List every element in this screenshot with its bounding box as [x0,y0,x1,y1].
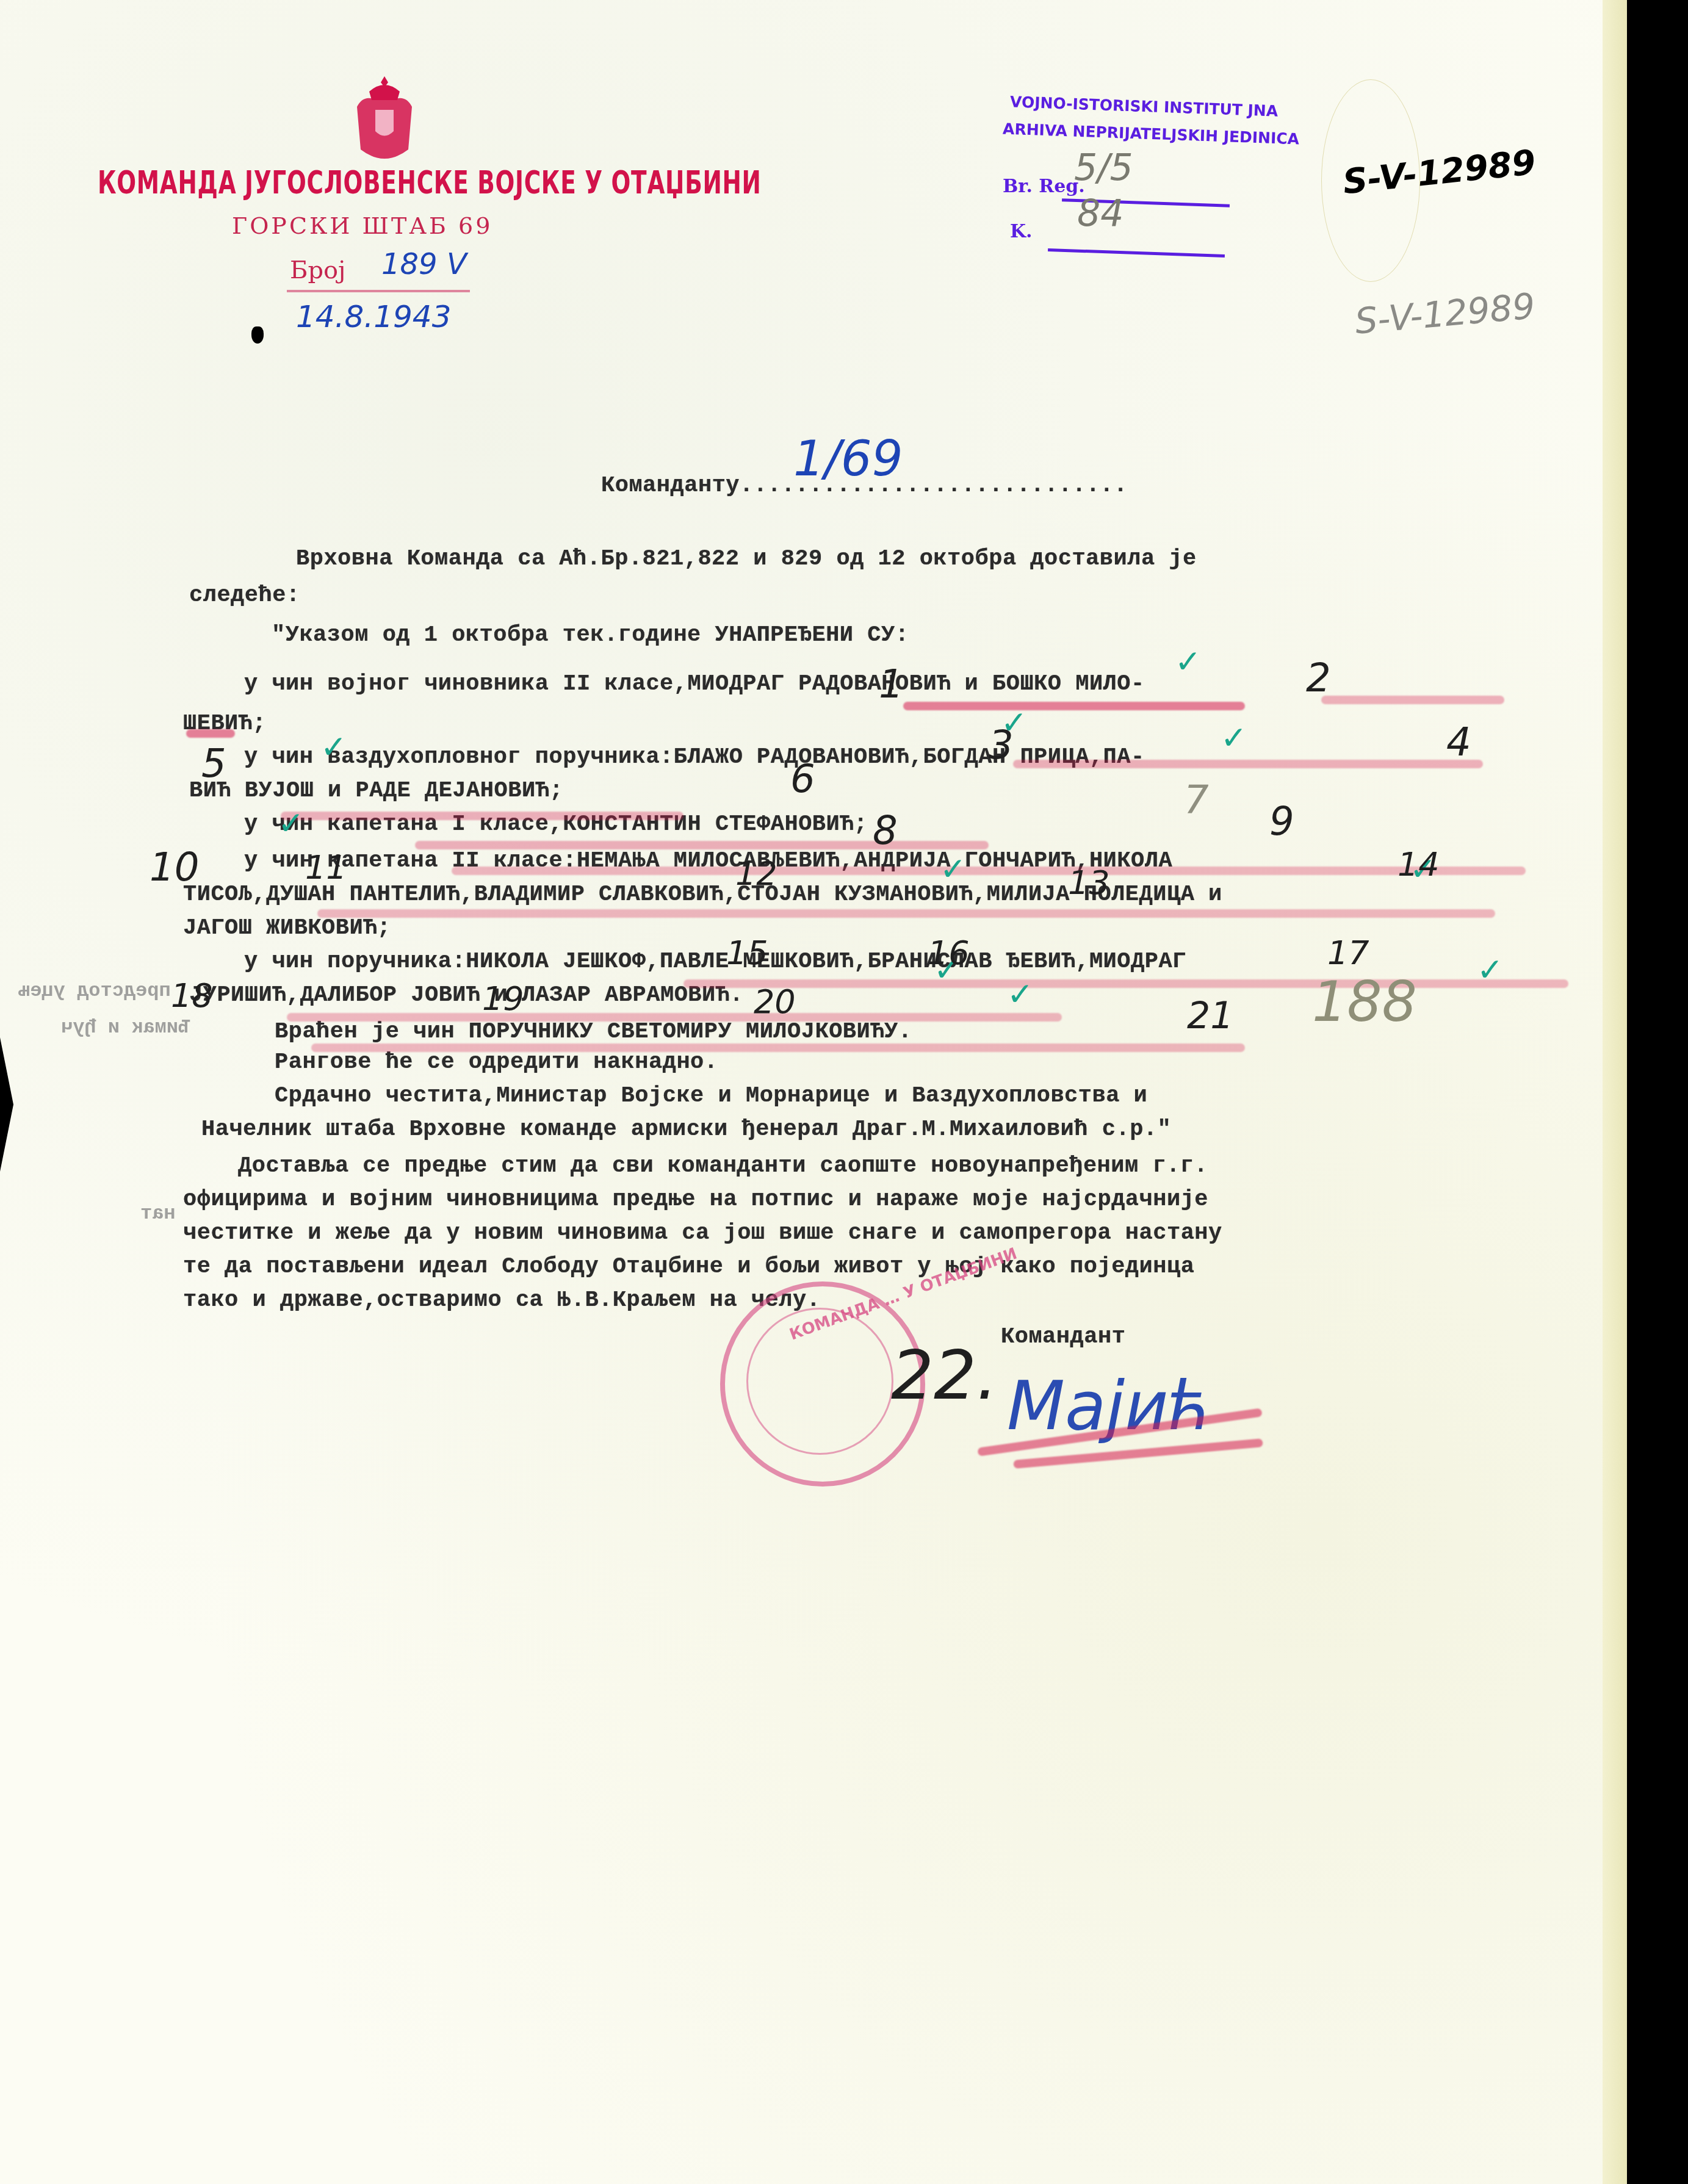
annotation-number: 7 [1184,778,1209,823]
handwritten-date: 14.8.1943 [296,299,451,334]
check-icon: ✓ [1175,644,1202,680]
red-underline [186,729,235,738]
body-text: те да постављени идеал Слободу Отаџбине … [183,1254,1194,1280]
annotation-number: 19 [482,979,524,1018]
red-underline [903,702,1245,710]
offset-text: Ђимак и ђуч [61,1016,190,1039]
annotation-number: 18 [171,976,213,1015]
check-icon: ✓ [1221,720,1247,757]
archive-reg-label: Br. Reg. [1003,176,1085,197]
body-text: ВИЋ ВУЈОШ и РАДЕ ДЕЈАНОВИЋ; [189,778,563,804]
scan-border-right [1621,0,1688,2184]
coat-of-arms-icon [351,73,418,165]
red-underline [1013,760,1483,768]
body-text: Доставља се предње стим да сви командант… [238,1153,1208,1179]
body-text: ЈАГОШ ЖИВКОВИЋ; [183,915,391,941]
annotation-number: 8 [873,809,898,854]
addressee-handwritten: 1/69 [793,430,903,487]
red-underline [311,1043,1245,1052]
check-icon: ✓ [278,805,305,842]
offset-text: предстод уцењ [18,979,171,1002]
body-text: Рангове ће се одредити накнадно. [275,1050,718,1075]
letterhead-organization: КОМАНДА ЈУГОСЛОВЕНСКЕ ВОЈСКЕ У ОТАЏБИНИ [98,165,762,201]
letterhead-unit: ГОРСКИ ШТАБ 69 [232,212,492,239]
body-text: у чин поручника:НИКОЛА ЈЕШКОФ,ПАВЛЕ МЕШК… [244,949,1186,975]
body-text: честитке и жеље да у новим чиновима са ј… [183,1220,1222,1246]
offset-text: нат [140,1202,176,1225]
body-text: у чин војног чиновника II класе,МИОДРАГ … [244,671,1145,697]
archive-k-value: 84 [1077,192,1124,235]
number-value: 189 V [381,247,467,281]
annotation-number: 11 [305,848,347,887]
annotation-number: 3 [989,723,1014,768]
red-underline [1321,696,1504,704]
body-text: Начелник штаба Врховне команде армиски ђ… [201,1117,1171,1142]
annotation-number: 6 [790,757,815,802]
signature-title: Командант [1001,1324,1125,1350]
annotation-number: 13 [1068,863,1110,902]
number-underline [287,290,470,292]
annotation-number: 20 [754,982,796,1021]
annotation-number: 9 [1269,799,1294,845]
red-underline [415,841,989,849]
body-text: "Указом од 1 октобра тек.године УНАПРЕЂЕ… [272,622,909,648]
annotation-number: 1 [879,662,904,707]
annotation-number: 21 [1187,995,1233,1037]
check-icon: ✓ [1007,976,1034,1013]
annotation-number: 15 [726,934,768,972]
number-label: Број [290,256,345,284]
annotation-number: 2 [1306,656,1331,701]
body-text: тако и државе,остваримо са Њ.В.Краљем на… [183,1288,820,1313]
annotation-number: 14 [1398,845,1440,884]
red-underline [287,1013,1062,1022]
red-underline [683,979,1568,988]
body-text: Врховна Команда са Аћ.Бр.821,822 и 829 о… [296,546,1197,572]
red-underline [452,867,1526,875]
body-text: официрима и војним чиновницима предње на… [183,1187,1208,1213]
archive-k-label: K. [1010,221,1033,242]
check-icon: ✓ [940,851,967,888]
red-underline [281,812,683,820]
archive-reg-value: 5/5 [1074,146,1133,189]
check-icon: ✓ [320,729,347,766]
margin-total: 188 [1312,970,1417,1034]
body-text: следеће: [189,583,300,608]
annotation-number: 16 [928,934,970,972]
annotation-number: 22. [891,1336,998,1415]
scan-border-notch [0,1037,13,1172]
body-text: Враћен је чин ПОРУЧНИКУ СВЕТОМИРУ МИЛОЈК… [275,1019,912,1045]
annotation-number: 17 [1327,934,1369,972]
body-text: Срдачно честита,Министар Војске и Морнар… [275,1083,1147,1109]
annotation-number: 5 [201,741,226,787]
body-text: ЈУРИШИЋ,ДАЛИБОР ЈОВИЋ и ЛАЗАР АВРАМОВИЋ. [189,982,743,1008]
annotation-number: 4 [1446,720,1471,765]
ink-blot [251,326,264,344]
check-icon: ✓ [1477,952,1504,989]
red-underline [317,909,1495,918]
annotation-number: 12 [735,854,777,893]
annotation-number: 10 [150,845,199,890]
